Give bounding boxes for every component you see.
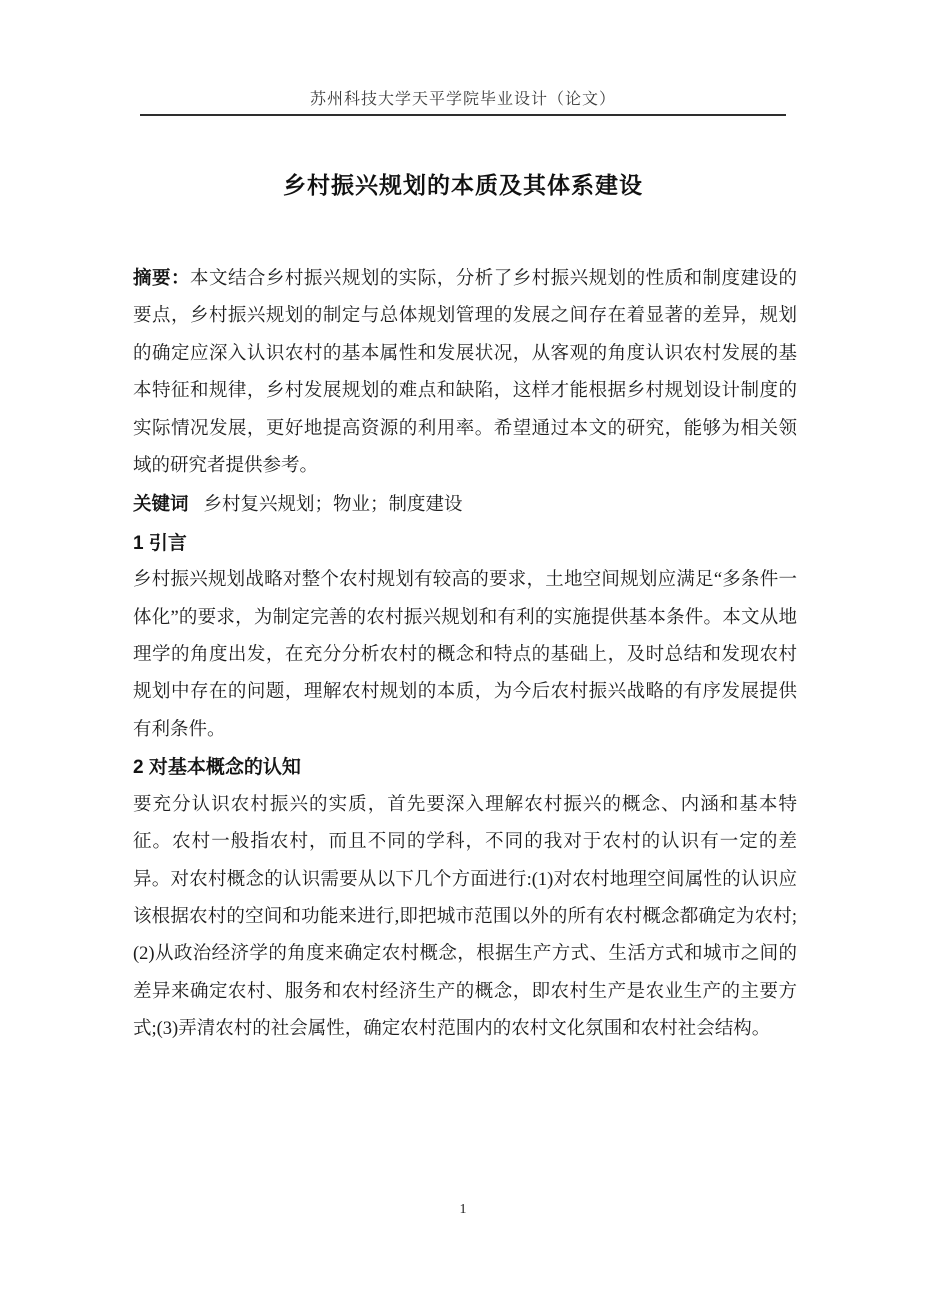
abstract-label: 摘要：: [133, 267, 190, 288]
abstract-text: 本文结合乡村振兴规划的实际，分析了乡村振兴规划的性质和制度建设的要点，乡村振兴规…: [133, 269, 797, 476]
document-page: 苏州科技大学天平学院毕业设计（论文） 乡村振兴规划的本质及其体系建设 摘要：本文…: [0, 0, 926, 1309]
page-footer: 1: [0, 1202, 926, 1218]
document-body: 摘要：本文结合乡村振兴规划的实际，分析了乡村振兴规划的性质和制度建设的要点，乡村…: [133, 259, 797, 1049]
running-header: 苏州科技大学天平学院毕业设计（论文）: [140, 86, 786, 116]
section-heading-basic-concepts: 2 对基本概念的认知: [133, 749, 797, 786]
section-introduction-paragraph: 乡村振兴规划战略对整个农村规划有较高的要求，土地空间规划应满足“多条件一体化”的…: [133, 562, 797, 749]
document-title: 乡村振兴规划的本质及其体系建设: [0, 167, 926, 200]
abstract-paragraph: 摘要：本文结合乡村振兴规划的实际，分析了乡村振兴规划的性质和制度建设的要点，乡村…: [133, 259, 797, 485]
keywords-label: 关键词: [133, 493, 204, 514]
keywords-line: 关键词乡村复兴规划；物业；制度建设: [133, 485, 797, 524]
running-header-text: 苏州科技大学天平学院毕业设计（论文）: [310, 91, 616, 108]
keywords-text: 乡村复兴规划；物业；制度建设: [204, 495, 463, 515]
section-heading-introduction: 1 引言: [133, 525, 797, 562]
page-number: 1: [460, 1202, 467, 1217]
section-basic-concepts-paragraph: 要充分认识农村振兴的实质，首先要深入理解农村振兴的概念、内涵和基本特征。农村一般…: [133, 787, 797, 1049]
